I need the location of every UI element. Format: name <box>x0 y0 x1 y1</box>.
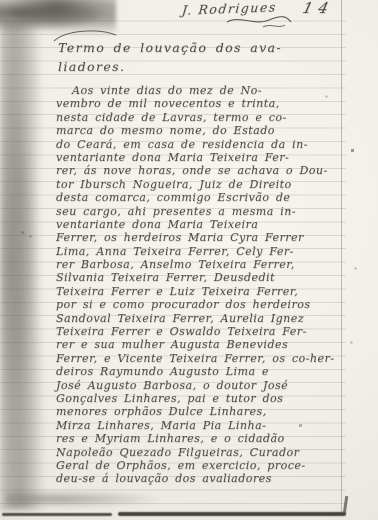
scan-smudge-bottom-left <box>6 490 166 508</box>
manuscript-line: Ferrer, e Vicente Teixeira Ferrer, os co… <box>56 352 322 365</box>
manuscript-line: rer, ás nove horas, onde se achava o Dou… <box>56 164 322 177</box>
manuscript-line: vembro de mil novecentos e trinta, <box>56 97 322 110</box>
manuscript-line: res e Myriam Linhares, e o cidadão <box>56 432 322 445</box>
manuscript-line: nesta cidade de Lavras, termo e co- <box>56 111 322 124</box>
manuscript-line: tor Ibursch Nogueira, Juiz de Direito <box>56 178 322 191</box>
manuscript-title: Termo de louvação dos ava-liadores. <box>58 38 298 76</box>
manuscript-line: Gonçalves Linhares, pai e tutor dos <box>56 392 322 405</box>
manuscript-line: deu-se á louvação dos avaliadores <box>56 472 322 485</box>
manuscript-line: Mirza Linhares, Maria Pia Linha- <box>56 419 322 432</box>
page-number: 14 <box>301 0 337 17</box>
manuscript-line: Ferrer, os herdeiros Maria Cyra Ferrer <box>56 231 322 244</box>
scan-bar-bottom-left <box>2 513 112 516</box>
manuscript-line: desta comarca, commigo Escrivão de <box>56 191 322 204</box>
manuscript-line: José Augusto Barbosa, o doutor José <box>56 379 322 392</box>
manuscript-line: Napoleão Quezado Filgueiras, Curador <box>56 446 322 459</box>
signature-rubric-flourish <box>225 13 295 31</box>
manuscript-line: Aos vinte dias do mez de No- <box>56 84 322 97</box>
scan-bar-bottom-right <box>118 512 346 516</box>
right-margin-rule <box>341 0 342 512</box>
manuscript-line: por si e como procurador dos herdeiros <box>56 298 322 311</box>
manuscript-line: Lima, Anna Teixeira Ferrer, Cely Fer- <box>56 245 322 258</box>
manuscript-line: do Ceará, em casa de residencia da in- <box>56 138 322 151</box>
manuscript-line: Teixeira Ferrer e Oswaldo Teixeira Fer- <box>56 325 322 338</box>
manuscript-line: rer e sua mulher Augusta Benevides <box>56 338 322 351</box>
manuscript-line: deiros Raymundo Augusto Lima e <box>56 365 322 378</box>
manuscript-line: ventariante dona Maria Teixeira Fer- <box>56 151 322 164</box>
manuscript-line: menores orphãos Dulce Linhares, <box>56 405 322 418</box>
manuscript-line: seu cargo, ahi presentes a mesma in- <box>56 205 322 218</box>
left-edge-scan-noise <box>0 20 52 510</box>
manuscript-line: ventariante dona Maria Teixeira <box>56 218 322 231</box>
manuscript-line: marca do mesmo nome, do Estado <box>56 124 322 137</box>
title-line: Termo de louvação dos ava- <box>58 38 298 57</box>
manuscript-line: Silvania Teixeira Ferrer, Deusdedit <box>56 271 322 284</box>
manuscript-line: Geral de Orphãos, em exercicio, proce- <box>56 459 322 472</box>
manuscript-line: Teixeira Ferrer e Luiz Teixeira Ferrer, <box>56 285 322 298</box>
manuscript-line: rer Barbosa, Anselmo Teixeira Ferrer, <box>56 258 322 271</box>
manuscript-body: Aos vinte dias do mez de No-vembro de mi… <box>56 84 322 486</box>
paper-specks <box>0 0 1 1</box>
manuscript-line: Sandoval Teixeira Ferrer, Aurelia Ignez <box>56 312 322 325</box>
title-line: liadores. <box>58 57 298 76</box>
scanned-manuscript-page: J. Rodrigues 14 Termo de louvação dos av… <box>0 0 378 520</box>
